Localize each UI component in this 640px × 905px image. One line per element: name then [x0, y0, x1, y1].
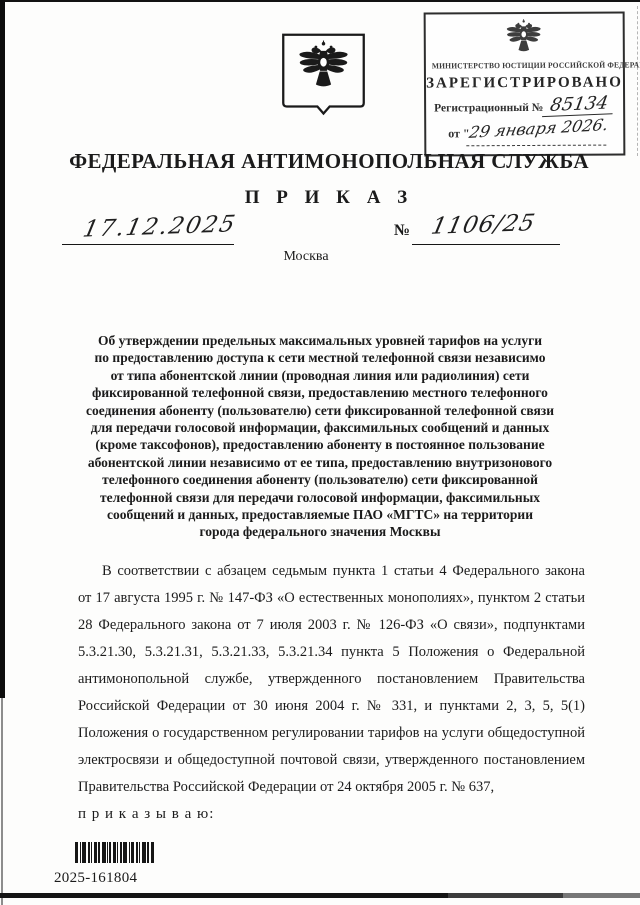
- stamp-ministry-label: МИНИСТЕРСТВО ЮСТИЦИИ РОССИЙСКОЙ ФЕДЕРАЦИ…: [432, 61, 617, 71]
- registration-stamp: МИНИСТЕРСТВО ЮСТИЦИИ РОССИЙСКОЙ ФЕДЕРАЦИ…: [424, 11, 626, 156]
- coat-of-arms-icon: [277, 33, 370, 117]
- stamp-registered-label: ЗАРЕГИСТРИРОВАНО: [426, 74, 623, 92]
- scan-edge-right: [637, 6, 638, 156]
- barcode-number: 2025-161804: [54, 870, 137, 887]
- scan-edge-top: [0, 0, 640, 2]
- document-number-handwritten: 1106/25: [429, 210, 538, 240]
- scan-edge-left-thin: [1, 698, 3, 905]
- stamp-reg-number-handwritten: 85134: [542, 92, 616, 117]
- stamp-date-underline: [466, 145, 606, 147]
- decree-word: п р и к а з ы в а ю:: [78, 801, 214, 828]
- scanned-document-page: МИНИСТЕРСТВО ЮСТИЦИИ РОССИЙСКОЙ ФЕДЕРАЦИ…: [0, 0, 640, 905]
- document-type-title: П Р И К А З: [40, 187, 618, 209]
- date-underline: [62, 244, 234, 245]
- number-sign: №: [394, 222, 410, 240]
- city-label: Москва: [0, 249, 612, 265]
- document-date-handwritten: 17.12.2025: [81, 211, 240, 242]
- body-closing-line: Правительства Российской Федерации от 24…: [78, 774, 585, 801]
- body-paragraph: В соответствии с абзацем седьмым пункта …: [78, 558, 585, 774]
- scan-edge-bottom: [0, 893, 640, 898]
- agency-title: ФЕДЕРАЛЬНАЯ АНТИМОНОПОЛЬНАЯ СЛУЖБА: [40, 149, 618, 174]
- barcode: [75, 842, 154, 863]
- stamp-date-label: от ": [448, 126, 469, 141]
- document-subject: Об утверждении предельных максимальных у…: [64, 332, 576, 541]
- stamp-eagle-icon: [505, 17, 543, 57]
- stamp-reg-number-label: Регистрационный №: [434, 102, 543, 115]
- number-underline: [412, 244, 560, 245]
- stamp-date-handwritten: 29 января 2026.: [468, 115, 610, 142]
- scan-edge-left: [0, 0, 5, 698]
